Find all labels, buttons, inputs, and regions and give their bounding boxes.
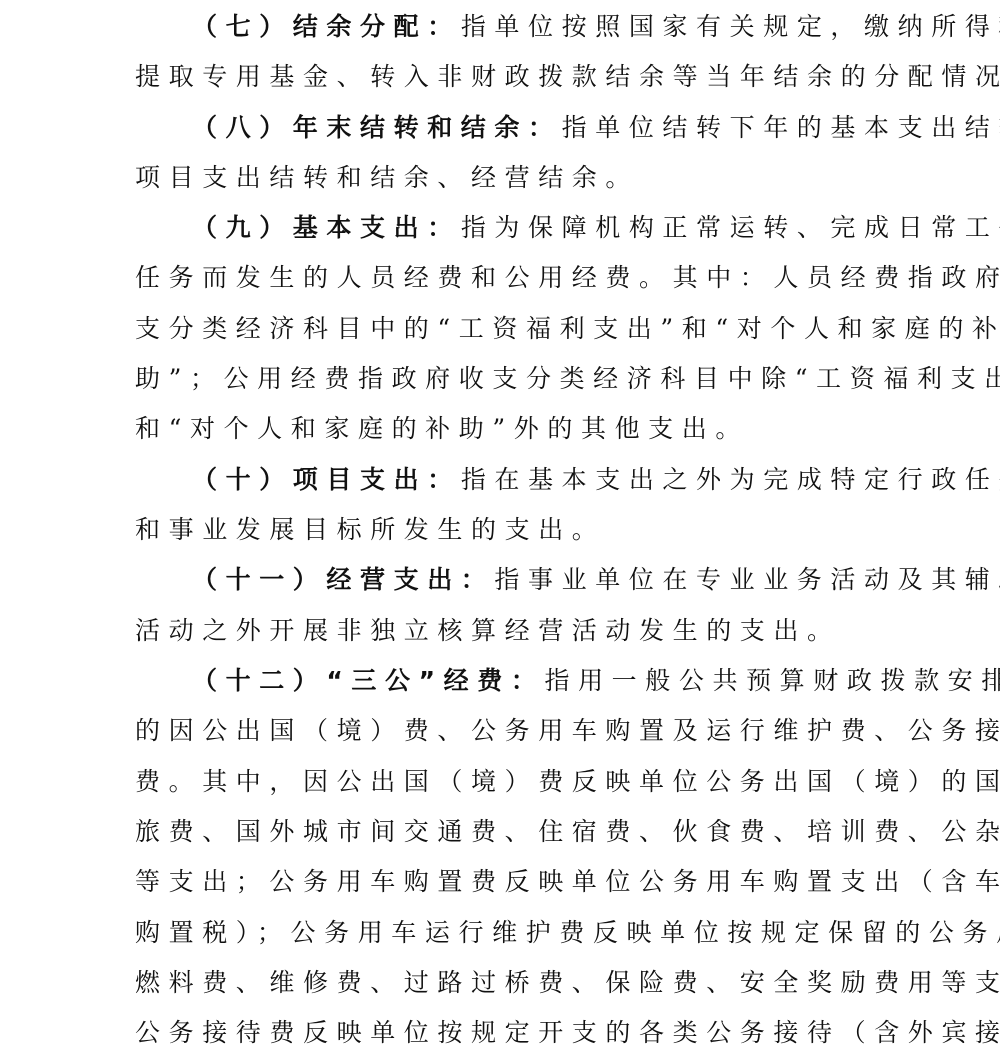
paragraph-8-text: 指单位结转下年的基本支出结转、 <box>562 113 1000 142</box>
paragraph-8-heading: （八）年末结转和结余： <box>192 113 562 142</box>
paragraph-11-line-2: 活动之外开展非独立核算经营活动发生的支出。 <box>135 606 841 656</box>
paragraph-10-text: 指在基本支出之外为完成特定行政任务 <box>461 465 1000 494</box>
paragraph-12-line-2: 的因公出国（境）费、公务用车购置及运行维护费、公务接待 <box>135 706 1000 756</box>
paragraph-12-line-5: 等支出；公务用车购置费反映单位公务用车购置支出（含车辆 <box>135 857 1000 907</box>
paragraph-12-line-4: 旅费、国外城市间交通费、住宿费、伙食费、培训费、公杂费 <box>135 807 1000 857</box>
paragraph-11-text: 指事业单位在专业业务活动及其辅助 <box>494 565 1000 594</box>
paragraph-12-line-3: 费。其中，因公出国（境）费反映单位公务出国（境）的国际 <box>135 757 1000 807</box>
paragraph-12-text: 指用一般公共预算财政拨款安排 <box>544 666 1000 695</box>
paragraph-12-line-1: （十二）“三公”经费：指用一般公共预算财政拨款安排 <box>192 656 1000 706</box>
paragraph-12-line-6: 购置税）；公务用车运行维护费反映单位按规定保留的公务用车 <box>135 908 1000 958</box>
paragraph-9-line-3: 支分类经济科目中的“工资福利支出”和“对个人和家庭的补 <box>135 304 1000 354</box>
paragraph-7-line-2: 提取专用基金、转入非财政拨款结余等当年结余的分配情况。 <box>135 52 1000 102</box>
paragraph-10-line-1: （十）项目支出：指在基本支出之外为完成特定行政任务 <box>192 455 1000 505</box>
paragraph-10-line-2: 和事业发展目标所发生的支出。 <box>135 505 605 555</box>
paragraph-9-heading: （九）基本支出： <box>192 213 461 242</box>
paragraph-11-line-1: （十一）经营支出：指事业单位在专业业务活动及其辅助 <box>192 555 1000 605</box>
paragraph-12-heading: （十二）“三公”经费： <box>192 666 544 695</box>
paragraph-11-heading: （十一）经营支出： <box>192 565 494 594</box>
paragraph-7-line-1: （七）结余分配：指单位按照国家有关规定，缴纳所得税、 <box>192 2 1000 52</box>
paragraph-12-line-8: 公务接待费反映单位按规定开支的各类公务接待（含外宾接待） <box>135 1008 1000 1058</box>
paragraph-12-line-7: 燃料费、维修费、过路过桥费、保险费、安全奖励费用等支出； <box>135 958 1000 1008</box>
paragraph-8-line-2: 项目支出结转和结余、经营结余。 <box>135 153 639 203</box>
paragraph-9-line-2: 任务而发生的人员经费和公用经费。其中：人员经费指政府收 <box>135 253 1000 303</box>
document-page: （七）结余分配：指单位按照国家有关规定，缴纳所得税、 提取专用基金、转入非财政拨… <box>0 0 1000 1059</box>
paragraph-7-text: 指单位按照国家有关规定，缴纳所得税、 <box>461 12 1000 41</box>
paragraph-10-heading: （十）项目支出： <box>192 465 461 494</box>
paragraph-7-heading: （七）结余分配： <box>192 12 461 41</box>
paragraph-9-text: 指为保障机构正常运转、完成日常工作 <box>461 213 1000 242</box>
paragraph-9-line-4: 助”；公用经费指政府收支分类经济科目中除“工资福利支出” <box>135 354 1000 404</box>
paragraph-8-line-1: （八）年末结转和结余：指单位结转下年的基本支出结转、 <box>192 103 1000 153</box>
paragraph-9-line-5: 和“对个人和家庭的补助”外的其他支出。 <box>135 404 749 454</box>
paragraph-9-line-1: （九）基本支出：指为保障机构正常运转、完成日常工作 <box>192 203 1000 253</box>
